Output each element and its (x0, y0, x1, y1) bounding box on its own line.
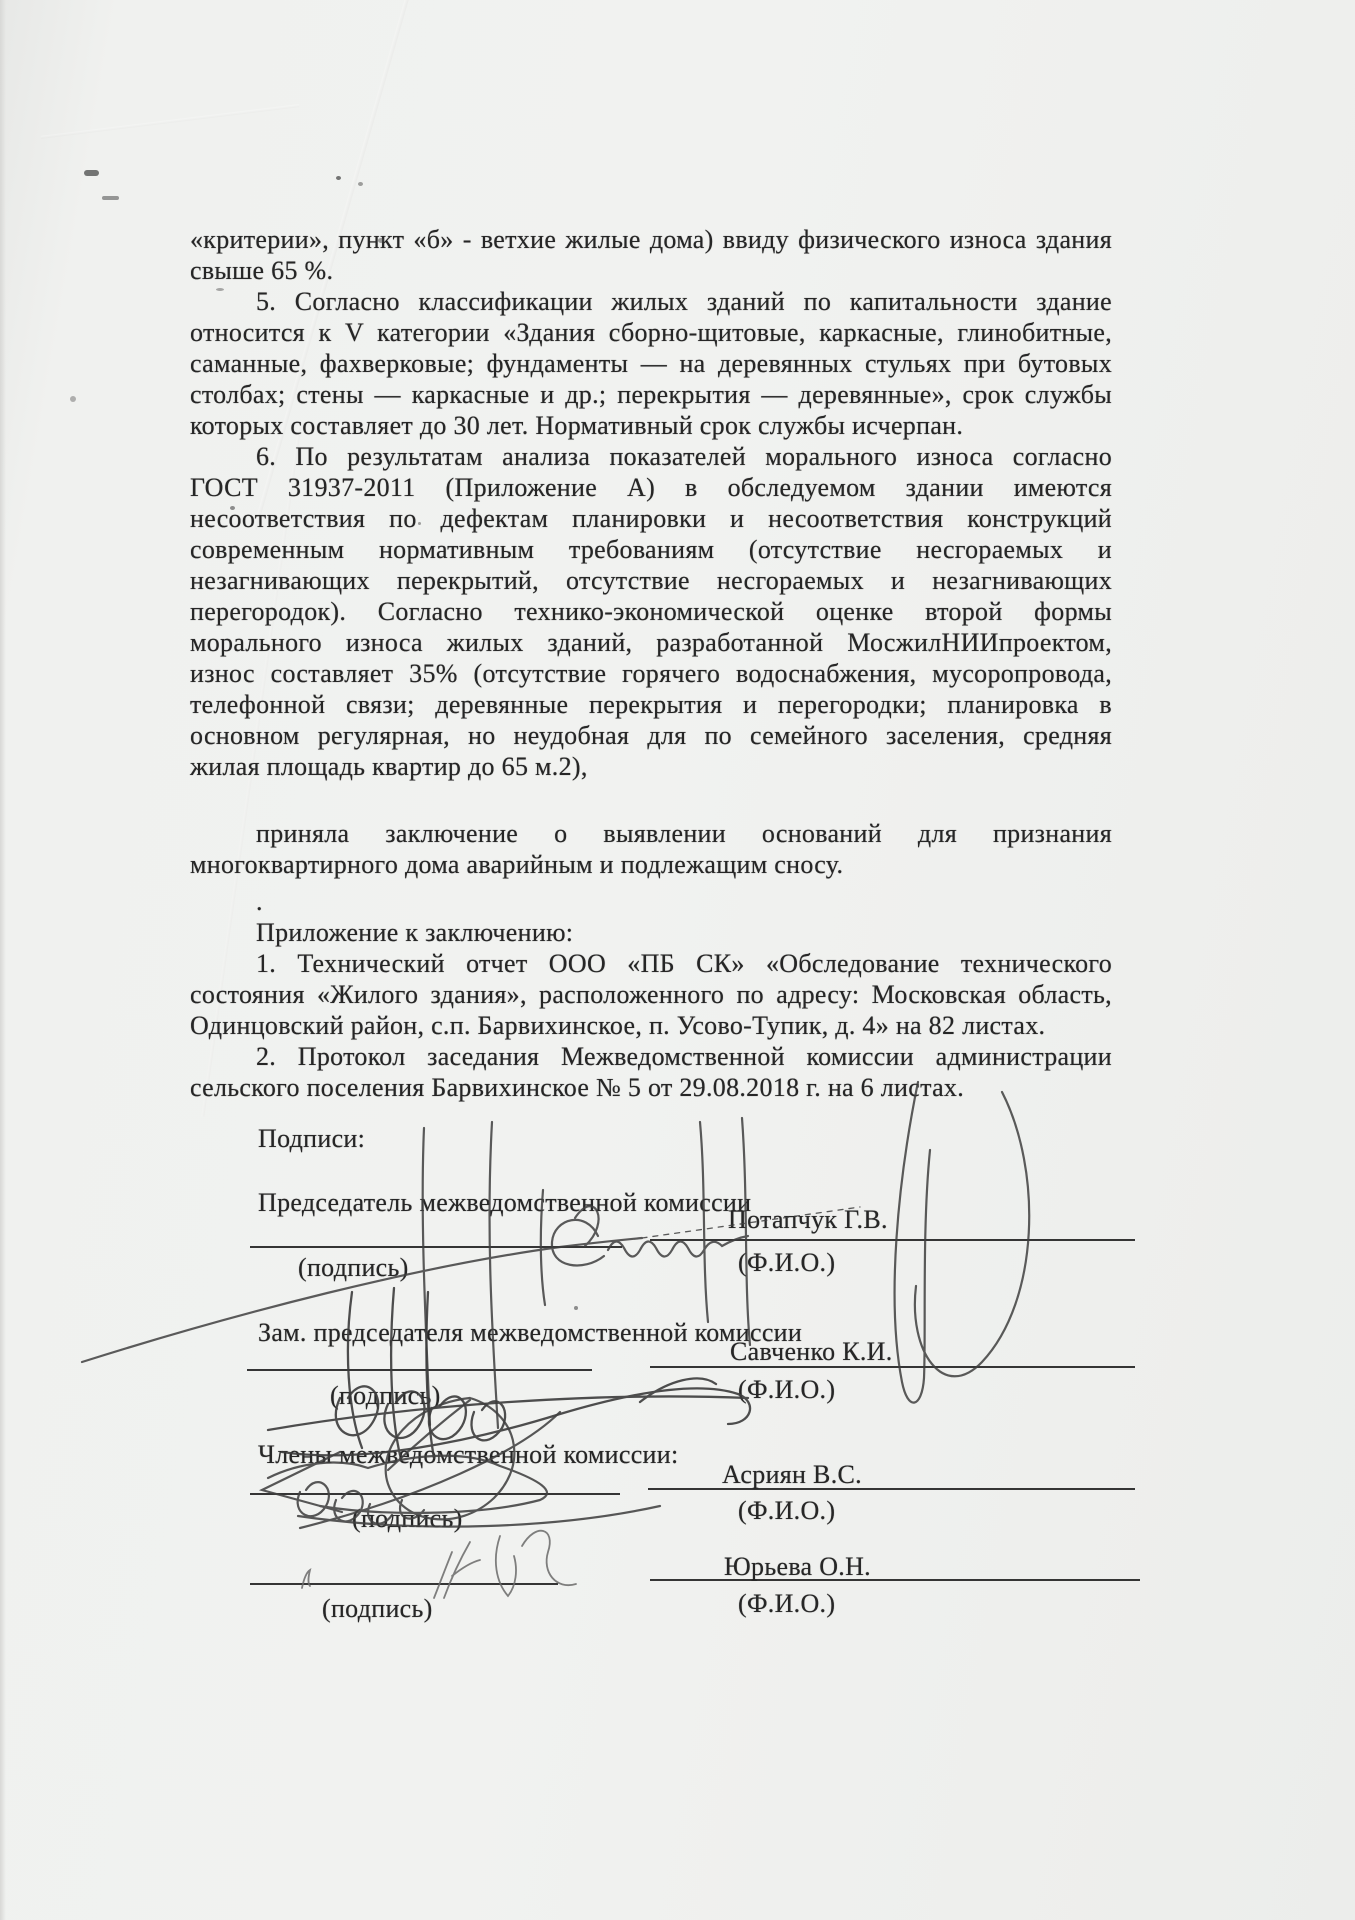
fio-caption: (Ф.И.О.) (738, 1496, 835, 1526)
document-line: столбах; стены — каркасные и др.; перекр… (190, 379, 1112, 410)
podpis-caption: (подпись) (352, 1504, 463, 1534)
document-line: телефонной связи; деревянные перекрытия … (190, 689, 1112, 720)
podpis-caption: (подпись) (298, 1253, 409, 1283)
document-line: морального износа жилых зданий, разработ… (190, 627, 1112, 658)
signature-deputy (268, 1288, 750, 1458)
document-line: «критерии», пункт «б» - ветхие жилые дом… (190, 224, 1112, 255)
paragraph: 1. Технический отчет ООО «ПБ СК» «Обслед… (190, 948, 1112, 1041)
signature-row-label: Члены межведомственной комиссии: (258, 1440, 678, 1470)
paragraph: Приложение к заключению: (190, 917, 1112, 948)
document-text: «критерии», пункт «б» - ветхие жилые дом… (190, 224, 1112, 1103)
signature-row-name: Асриян В.С. (722, 1460, 862, 1490)
signature-row-name: Юрьева О.Н. (724, 1552, 871, 1582)
signature-chairman (82, 1082, 1029, 1428)
document-line: приняла заключение о выявлении оснований… (190, 818, 1112, 849)
signature-line-right (648, 1488, 1135, 1490)
document-line: многоквартирного дома аварийным и подлеж… (190, 849, 1112, 880)
document-line: современным нормативным требованиям (отс… (190, 534, 1112, 565)
document-line: износ составляет 35% (отсутствие горячег… (190, 658, 1112, 689)
fio-caption: (Ф.И.О.) (738, 1375, 835, 1405)
scanned-document-page: «критерии», пункт «б» - ветхие жилые дом… (0, 0, 1355, 1920)
document-line: основном регулярная, но неудобная для по… (190, 720, 1112, 751)
signature-row-name: Потапчук Г.В. (728, 1205, 888, 1235)
signature-line-right (650, 1366, 1135, 1368)
signature-row-label: Зам. председателя межведомственной комис… (258, 1318, 802, 1348)
document-line: 2. Протокол заседания Межведомственной к… (190, 1041, 1112, 1072)
paper-crease (41, 104, 299, 139)
paragraph: 5. Согласно классификации жилых зданий п… (190, 286, 1112, 441)
signature-line-left (250, 1493, 620, 1495)
document-line: которых составляет до 30 лет. Нормативны… (190, 410, 1112, 441)
document-line: саманные, фахверковые; фундаменты — на д… (190, 348, 1112, 379)
document-line: незагнивающих перекрытий, отсутствие нес… (190, 565, 1112, 596)
podpis-caption: (подпись) (322, 1594, 433, 1624)
signature-line-left (250, 1246, 622, 1248)
signature-row-label: Председатель межведомственной комиссии (258, 1188, 751, 1218)
document-line: жилая площадь квартир до 65 м.2), (190, 751, 1112, 782)
signature-member-yuryeva (302, 1531, 576, 1598)
paragraph: приняла заключение о выявлении оснований… (190, 818, 1112, 880)
fio-caption: (Ф.И.О.) (738, 1589, 835, 1619)
signature-line-left (250, 1583, 558, 1585)
podpis-caption: (подпись) (330, 1381, 441, 1411)
paragraph: 2. Протокол заседания Межведомственной к… (190, 1041, 1112, 1103)
signature-row-name: Савченко К.И. (730, 1337, 893, 1367)
fio-caption: (Ф.И.О.) (738, 1248, 835, 1278)
document-line: относится к V категории «Здания сборно-щ… (190, 317, 1112, 348)
document-line: перегородок). Согласно технико-экономиче… (190, 596, 1112, 627)
document-line: состояния «Жилого здания», расположенног… (190, 979, 1112, 1010)
paragraph: . (190, 886, 1112, 917)
document-line: Приложение к заключению: (190, 917, 1112, 948)
document-line: . (190, 886, 1112, 917)
paragraph: «критерии», пункт «б» - ветхие жилые дом… (190, 224, 1112, 286)
signature-line-right (650, 1579, 1140, 1581)
document-line: свыше 65 %. (190, 255, 1112, 286)
document-line: 5. Согласно классификации жилых зданий п… (190, 286, 1112, 317)
paragraph: 6. По результатам анализа показателей мо… (190, 441, 1112, 782)
document-line: 6. По результатам анализа показателей мо… (190, 441, 1112, 472)
document-line: Одинцовский район, с.п. Барвихинское, п.… (190, 1010, 1112, 1041)
document-line: 1. Технический отчет ООО «ПБ СК» «Обслед… (190, 948, 1112, 979)
signatures-heading: Подписи: (258, 1124, 365, 1154)
document-line: ГОСТ 31937-2011 (Приложение А) в обследу… (190, 472, 1112, 503)
document-line: несоответствия по дефектам планировки и … (190, 503, 1112, 534)
signature-line-right (650, 1239, 1135, 1241)
document-line: сельского поселения Барвихинское № 5 от … (190, 1072, 1112, 1103)
signature-line-left (247, 1369, 592, 1371)
